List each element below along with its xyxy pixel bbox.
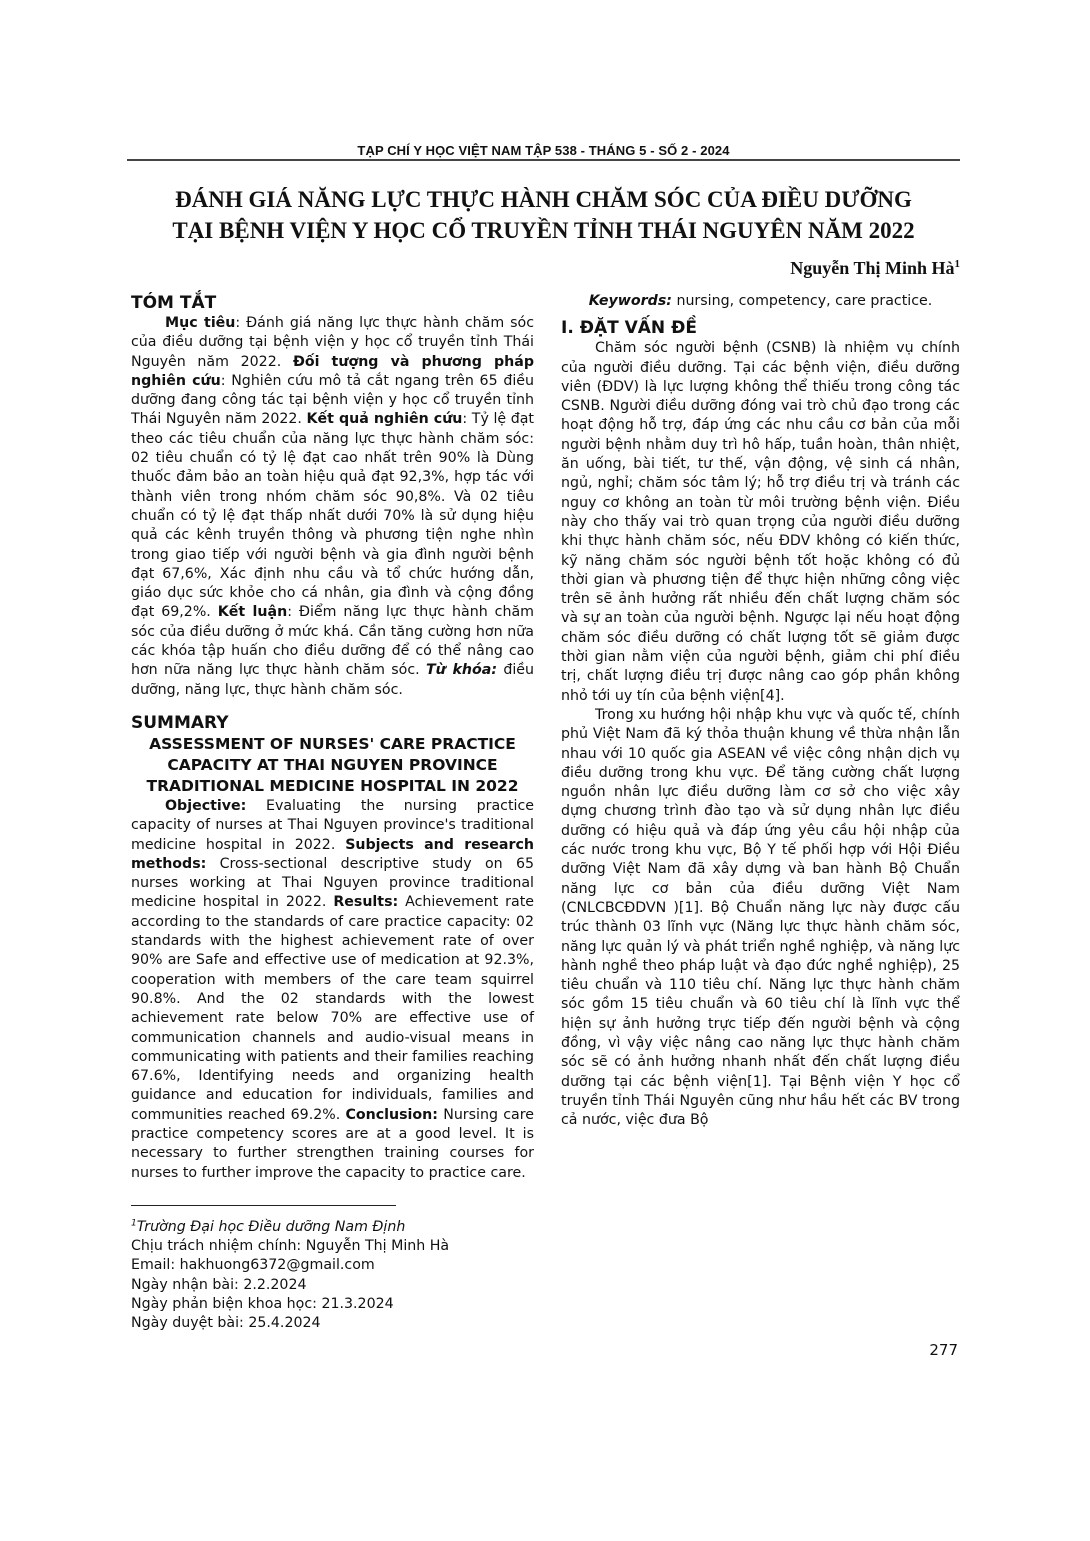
keywords-label-vi: Từ khóa: xyxy=(426,662,497,678)
abstract-vi-body: Mục tiêu: Đánh giá năng lực thực hành ch… xyxy=(131,314,534,700)
footnote-received: Ngày nhận bài: 2.2.2024 xyxy=(131,1276,534,1295)
affiliation-text: Trường Đại học Điều dưỡng Nam Định xyxy=(137,1219,406,1235)
author-name: Nguyễn Thị Minh Hà xyxy=(790,258,954,278)
abstract-en-body: Objective: Evaluating the nursing practi… xyxy=(131,797,534,1183)
left-column: TÓM TẮT Mục tiêu: Đánh giá năng lực thực… xyxy=(131,292,534,1333)
results-text-en: Achievement rate according to the standa… xyxy=(131,894,534,1122)
section-1-para-2: Trong xu hướng hội nhập khu vực và quốc … xyxy=(561,706,960,1131)
author-affiliation-mark: 1 xyxy=(955,258,961,270)
page-number: 277 xyxy=(929,1341,958,1359)
section-1-heading: I. ĐẶT VẤN ĐỀ xyxy=(561,317,960,339)
title-line-1: ĐÁNH GIÁ NĂNG LỰC THỰC HÀNH CHĂM SÓC CỦA… xyxy=(127,184,960,215)
abstract-vi-heading: TÓM TẮT xyxy=(131,292,534,314)
article-title: ĐÁNH GIÁ NĂNG LỰC THỰC HÀNH CHĂM SÓC CỦA… xyxy=(127,184,960,246)
results-text-vi: : Tỷ lệ đạt theo các tiêu chuẩn của năng… xyxy=(131,411,534,620)
running-head: TẠP CHÍ Y HỌC VIỆT NAM TẬP 538 - THÁNG 5… xyxy=(127,143,960,158)
right-column: Keywords: nursing, competency, care prac… xyxy=(561,292,960,1130)
header-rule xyxy=(127,159,960,161)
results-label-vi: Kết quả nghiên cứu xyxy=(307,411,463,427)
keywords-label-en: Keywords: xyxy=(589,293,672,309)
keywords-text-en: nursing, competency, care practice. xyxy=(672,293,932,309)
footnote-responsible: Chịu trách nhiệm chính: Nguyễn Thị Minh … xyxy=(131,1237,534,1256)
english-title: ASSESSMENT OF NURSES' CARE PRACTICE CAPA… xyxy=(131,734,534,797)
conclusion-label-vi: Kết luận xyxy=(218,604,287,620)
footnote-accepted: Ngày duyệt bài: 25.4.2024 xyxy=(131,1314,534,1333)
abstract-en-heading: SUMMARY xyxy=(131,712,534,734)
footnotes: 1Trường Đại học Điều dưỡng Nam Định Chịu… xyxy=(131,1214,534,1334)
objective-label-en: Objective: xyxy=(165,798,246,814)
section-1-para-1: Chăm sóc người bệnh (CSNB) là nhiệm vụ c… xyxy=(561,339,960,706)
keywords-en: Keywords: nursing, competency, care prac… xyxy=(561,292,960,311)
author-line: Nguyễn Thị Minh Hà1 xyxy=(790,258,960,279)
footnote-email: Email: hakhuong6372@gmail.com xyxy=(131,1256,534,1275)
footnote-affiliation: 1Trường Đại học Điều dưỡng Nam Định xyxy=(131,1214,534,1237)
results-label-en: Results: xyxy=(333,894,398,910)
footnote-reviewed: Ngày phản biện khoa học: 21.3.2024 xyxy=(131,1295,534,1314)
conclusion-label-en: Conclusion: xyxy=(345,1107,437,1123)
title-line-2: TẠI BỆNH VIỆN Y HỌC CỔ TRUYỀN TỈNH THÁI … xyxy=(127,215,960,246)
objective-label-vi: Mục tiêu xyxy=(165,315,235,331)
footnote-rule xyxy=(131,1205,396,1206)
